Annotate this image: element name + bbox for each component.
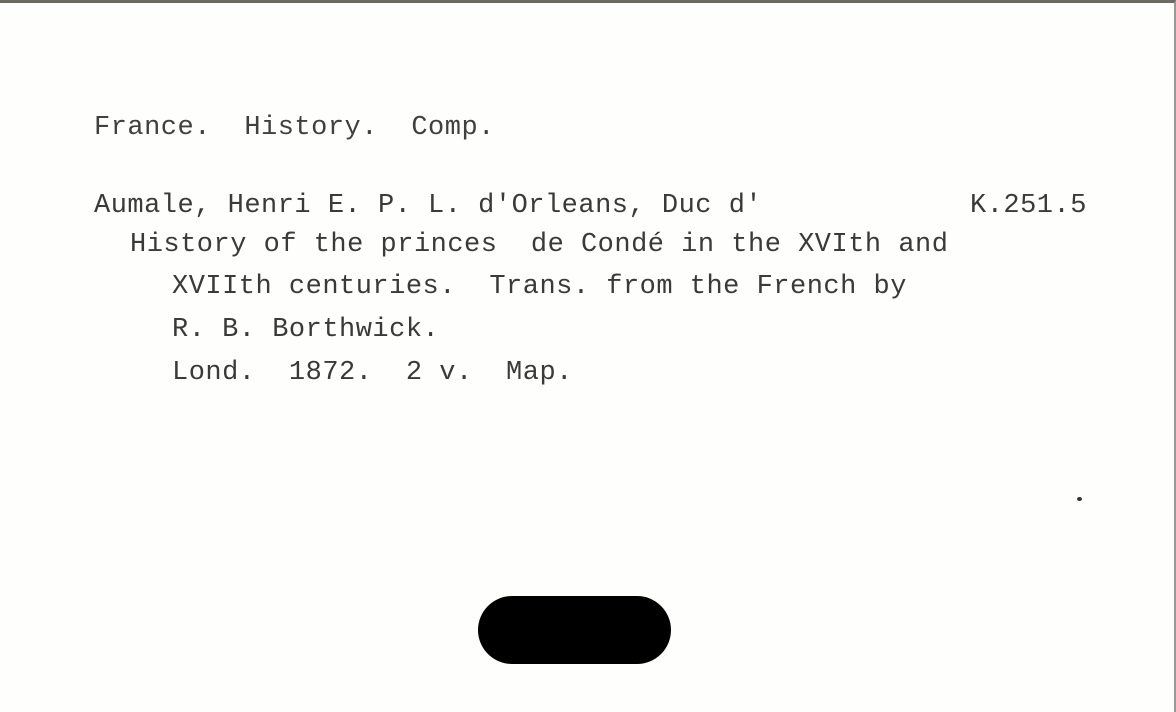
title-line-2: XVIIth centuries. Trans. from the French… [172,274,907,301]
author-entry: Aumale, Henri E. P. L. d'Orleans, Duc d' [94,193,762,220]
call-number: K.251.5 [970,193,1087,220]
catalog-card: France. History. Comp. Aumale, Henri E. … [0,0,1176,712]
imprint-line: Lond. 1872. 2 v. Map. [172,360,573,387]
title-line-1: History of the princes de Condé in the X… [130,232,948,259]
punch-hole [478,596,671,664]
ink-speck [1077,497,1082,501]
subject-heading: France. History. Comp. [94,115,495,142]
translator-line: R. B. Borthwick. [172,317,439,344]
